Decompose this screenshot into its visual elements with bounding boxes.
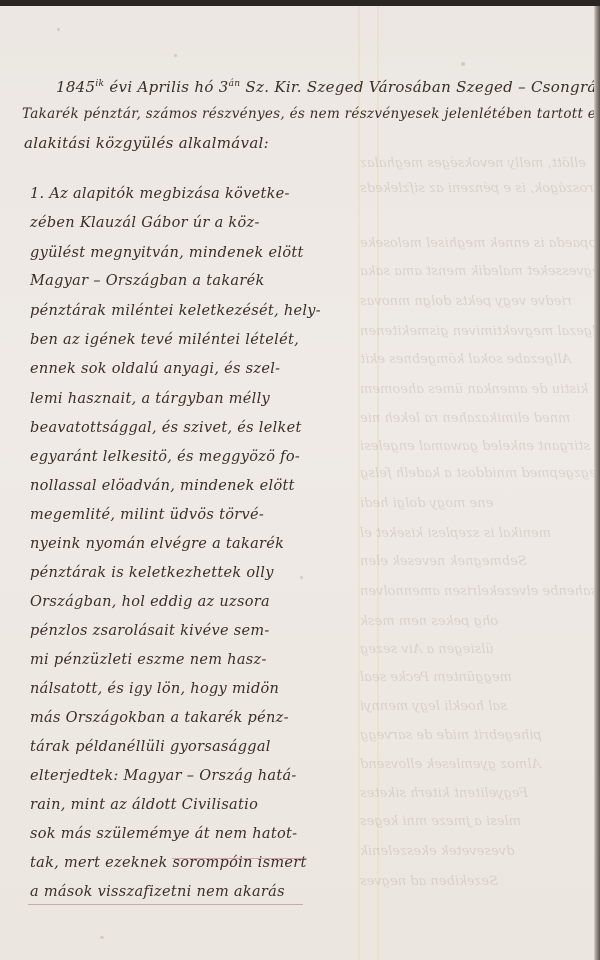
manuscript-page: ellött, melly nevokséges meghalaz gorosz… bbox=[0, 6, 594, 960]
bleed-through-text: sahenbe elvezekelrisen amennolven bbox=[360, 584, 594, 599]
page-edge bbox=[594, 6, 600, 960]
header-line-1: 1845ik évi Aprilis hó 3án Sz. Kir. Szege… bbox=[56, 78, 594, 96]
bleed-through-text: meggüntem Pecke seal bbox=[360, 670, 512, 685]
bleed-through-text: megvesseket maledik menst ama saka bbox=[360, 264, 594, 279]
body-line: rain, mint az áldott Civilisatio bbox=[30, 797, 258, 813]
bleed-through-text: ohg pekes nem mesk bbox=[360, 614, 498, 629]
bleed-through-text: ene mogy dolgi hedi bbox=[360, 496, 493, 511]
header-date: évi Aprilis hó 3 bbox=[104, 78, 228, 96]
bleed-through-text: goroszágok, is e pénzeni az sifzlekeds bbox=[360, 181, 594, 196]
bleed-through-text: Sezekiben ad negves bbox=[360, 874, 498, 889]
body-line: nyeink nyomán elvégre a takarék bbox=[30, 536, 284, 552]
bleed-through-text: pihegebrit mide de sarvegg bbox=[360, 728, 542, 743]
paper-spot bbox=[300, 576, 303, 579]
bleed-through-text: menikal is szeplesi kiseket el bbox=[360, 526, 551, 541]
body-line: egyaránt lelkesitö, és meggyözö fo- bbox=[30, 449, 300, 465]
bleed-through-text: Kuropaeda is ennek meghisel meloseke bbox=[360, 236, 594, 251]
bleed-through-text: megzgepmed mniddost a kadelh felsg bbox=[360, 466, 594, 481]
bleed-through-text: Almoz gyemlesek ellovsend bbox=[360, 757, 541, 772]
body-line: Magyar – Országban a takarék bbox=[30, 273, 265, 289]
bleed-through-text: riedve vegy pekts dolgn mnovas bbox=[360, 294, 572, 309]
body-line: 1. Az alapitók megbizása követke- bbox=[30, 186, 290, 202]
header-year: 1845 bbox=[56, 78, 95, 96]
body-line: beavatottsággal, és szivet, és lelket bbox=[30, 420, 302, 436]
body-line: zében Klauzál Gábor úr a köz- bbox=[30, 215, 260, 231]
body-line: a mások visszafizetni nem akarás bbox=[30, 884, 285, 900]
body-line: pénztárak is keletkezhettek olly bbox=[30, 565, 274, 581]
body-line: mi pénzüzleti eszme nem hasz- bbox=[30, 652, 267, 668]
bleed-through-text: mlesi a jmeze mni keges bbox=[360, 814, 521, 829]
bleed-through-text: Fegyelitent kiterh siketes bbox=[360, 786, 528, 801]
bleed-through-text: mned elimikazahen ra lekeh nie bbox=[360, 411, 570, 426]
paper-spot bbox=[57, 28, 60, 31]
paper-spot bbox=[461, 62, 465, 66]
red-underline bbox=[28, 904, 303, 905]
paper-spot bbox=[174, 54, 177, 57]
body-line: sok más szülemémye át nem hatot- bbox=[30, 826, 297, 842]
body-line: pénztárak miléntei keletkezését, hely- bbox=[30, 303, 321, 319]
body-line: Országban, hol eddig az uzsora bbox=[30, 594, 270, 610]
body-line: ennek sok oldalú anyagi, és szel- bbox=[30, 361, 280, 377]
header-line-2: Takarék pénztár, számos részvényes, és n… bbox=[22, 106, 594, 122]
bleed-through-text: Allgezabe sokal kömgebnes ekit bbox=[360, 352, 571, 367]
body-line: más Országokban a takarék pénz- bbox=[30, 710, 289, 726]
body-line: gyülést megnyitván, mindenek elött bbox=[30, 245, 304, 261]
header-year-suffix: ik bbox=[95, 79, 104, 89]
body-line: lemi hasznait, a tárgyban mélly bbox=[30, 391, 270, 407]
body-line: nollassal elöadván, mindenek elött bbox=[30, 478, 295, 494]
body-line: tárak példanéllüli gyorsasággal bbox=[30, 739, 271, 755]
paper-spot bbox=[100, 936, 104, 939]
header-day-suffix: án bbox=[229, 79, 241, 89]
bleed-through-text: ülsiegen a Aiv sezeg bbox=[360, 642, 494, 657]
red-underline bbox=[172, 858, 307, 859]
body-line: ben az igének tevé miléntei lételét, bbox=[30, 332, 299, 348]
body-line: megemlité, milint üdvös törvé- bbox=[30, 507, 264, 523]
header-location: Sz. Kir. Szeged Városában Szeged – Csong… bbox=[240, 78, 594, 96]
header-line-3: alakitási közgyülés alkalmával: bbox=[24, 134, 269, 152]
bleed-through-text: dvesevetek ekeszelenik bbox=[360, 844, 514, 859]
bleed-through-text: stirgant enkeled gawamal engelesi bbox=[360, 439, 590, 454]
bleed-through-text: ellött, melly nevokséges meghalaz bbox=[360, 156, 586, 171]
bleed-through-text: fielgezal megvektimiven gismekitenen bbox=[360, 324, 594, 339]
bleed-through-text: Sebmegnek nevesek elen bbox=[360, 554, 527, 569]
body-line: pénzlos zsarolásait kivéve sem- bbox=[30, 623, 270, 639]
body-line: nálsatott, és igy lön, hogy midön bbox=[30, 681, 279, 697]
body-line: elterjedtek: Magyar – Ország hatá- bbox=[30, 768, 297, 784]
bleed-through-text: kistiu de amenkan ümes aheomem bbox=[360, 382, 588, 397]
bleed-through-text: sal hoekli legy mennyi bbox=[360, 699, 507, 714]
